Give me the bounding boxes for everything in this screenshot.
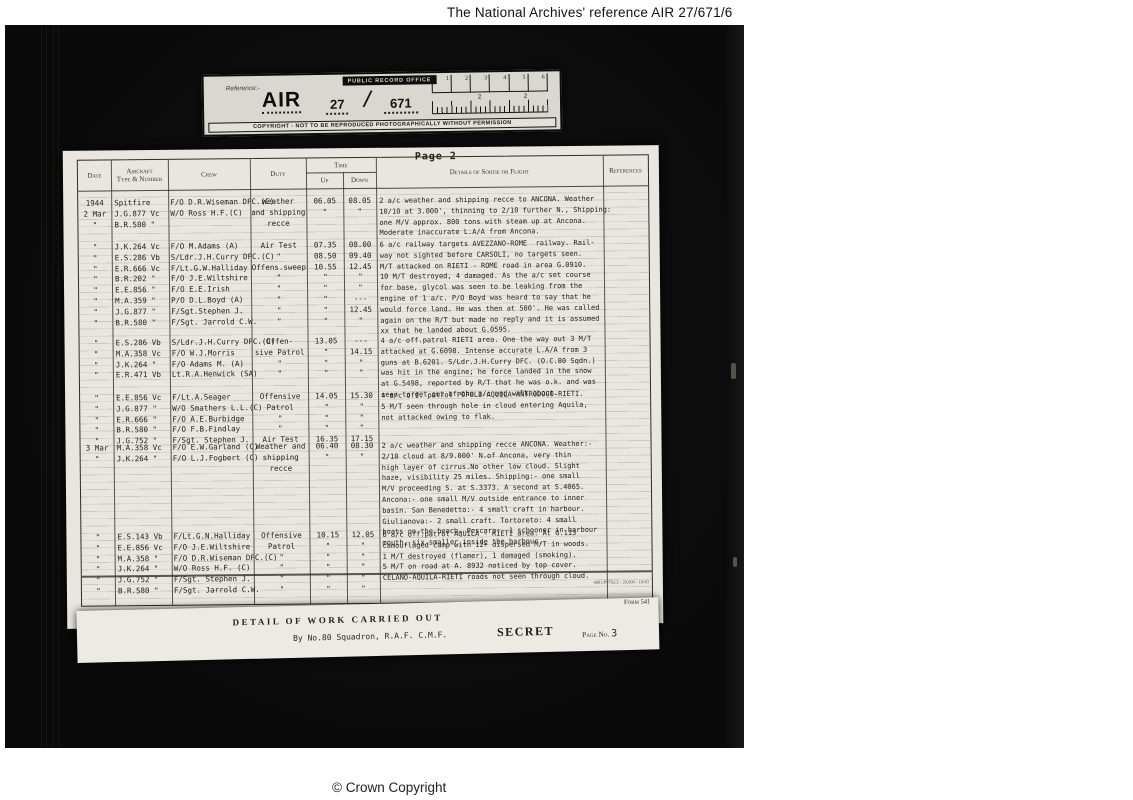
time-up-cell: 07.35 08.50 10.55 " " " " "	[307, 240, 345, 338]
film-scratch-lines	[35, 25, 65, 748]
ruler-number: 2	[452, 75, 471, 93]
header-time: Time	[306, 158, 376, 173]
pro-reference-stamp: Reference:- AIR 27 / 671 PUBLIC RECORD O…	[202, 69, 563, 137]
duty-cell: Offensive Patrol " " Air Test	[252, 392, 309, 447]
sortie-block: " " " " " " E.S.143 Vb E.E.856 Vc M.A.35…	[81, 527, 652, 597]
series-code: AIR	[262, 89, 302, 114]
references-cell	[603, 193, 648, 237]
ruler-number: 6	[528, 73, 547, 91]
crew-cell: F/Lt.A.Seager W/O Smathers L.L.(C) F/O A…	[170, 392, 253, 447]
page-number-value: 3	[611, 628, 617, 639]
aircraft-cell: E.S.143 Vb E.E.856 Vc M.A.358 " J.K.264 …	[114, 532, 172, 597]
ruler-number: 3	[471, 74, 490, 92]
form-541-page: Page 2 Date Aircraft Type & Number Crew …	[63, 145, 664, 629]
ruler-number: 1	[433, 75, 452, 93]
crew-cell: F/O D.R.Wiseman DFC.(C) W/O Ross H.F.(C)	[168, 197, 250, 241]
header-date: Date	[78, 160, 111, 190]
duty-cell: Weather and shipping recce	[250, 197, 306, 241]
ruler-sub-number: 2	[478, 94, 481, 100]
form-number: Form 541	[624, 598, 651, 606]
ruler-ticks: 2 2	[432, 91, 548, 114]
aircraft-cell: Spitfire J.G.877 Vc B.R.580 "	[111, 198, 168, 242]
references-cell	[604, 237, 650, 335]
date-cell: " " " " " "	[81, 532, 115, 597]
header-crew: Crew	[168, 159, 250, 190]
time-down-cell: 15.30 " " " 17.15	[345, 391, 379, 445]
duty-cell: Offensive Patrol " " " "	[253, 531, 310, 596]
time-down-cell: 12.05 " " " " "	[346, 530, 380, 595]
reference-label: Reference:-	[226, 85, 260, 93]
page-number: Page No. 3	[582, 628, 617, 640]
stamp-copyright-line: COPYRIGHT - NOT TO BE REPRODUCED PHOTOGR…	[208, 117, 556, 132]
slash-mark: /	[361, 86, 373, 115]
header-aircraft: Aircraft Type & Number	[111, 160, 168, 191]
scanned-document-page: The National Archives' reference AIR 27/…	[0, 0, 1133, 800]
header-details: Details of Sortie or Flight	[376, 156, 603, 188]
public-record-office-bar: PUBLIC RECORD OFFICE	[343, 75, 437, 85]
printer-code: 4881/P9762/2 - 20,000 - 10/43	[593, 579, 648, 585]
details-cell: 4 a/c off. patrol POPOLI-AQUILA-ANTRODOC…	[378, 389, 606, 445]
film-speck	[733, 557, 737, 567]
page-number-label: Page No.	[582, 629, 611, 639]
date-cell: 1944 2 Mar "	[78, 198, 111, 242]
ruler-number: 5	[509, 74, 528, 92]
time-up-cell: 14.05 " " " 16.35	[308, 391, 346, 445]
aircraft-cell: J.K.264 Vc E.S.286 Vb E.R.666 Vc B.R.202…	[112, 242, 170, 340]
microfilm-photo: Reference:- AIR 27 / 671 PUBLIC RECORD O…	[5, 25, 744, 748]
time-up-cell: 10.15 " " " " "	[309, 530, 347, 595]
ruler-number: 4	[490, 74, 509, 92]
piece-number: 27	[326, 97, 349, 115]
details-cell: 6 a/c railway targets AVEZZANO-ROME rail…	[377, 238, 605, 337]
film-speck	[731, 363, 736, 379]
ruler-sub-number: 2	[524, 94, 527, 100]
crew-cell: F/O M.Adams (A) S/Ldr.J.H.Curry DFC.(C) …	[169, 241, 252, 339]
archive-reference: The National Archives' reference AIR 27/…	[447, 5, 733, 20]
time-down-cell: 08.05 "	[343, 196, 376, 240]
ruler-cells: 1 2 3 4 5 6	[432, 73, 548, 93]
duty-cell: Air Test " Offens.sweep " " " " "	[251, 241, 308, 339]
film-edge-right	[724, 25, 744, 748]
item-number: 671	[384, 95, 418, 114]
sortie-table: Date Aircraft Type & Number Crew Duty Ti…	[77, 154, 653, 606]
header-down: Down	[343, 172, 376, 188]
details-cell: 2 a/c weather and shipping recce to ANCO…	[376, 194, 603, 239]
squadron-by-line: By No.80 Squadron, R.A.F. C.M.F.	[293, 630, 447, 643]
date-cell: " " " " " " " "	[79, 242, 113, 339]
sortie-block: 1944 2 Mar " Spitfire J.G.877 Vc B.R.580…	[78, 193, 648, 242]
time-up-cell: 06.05 "	[306, 196, 343, 240]
header-duty: Duty	[250, 159, 306, 190]
details-cell: 6 a/c off.patrol AQUILA - RIETI area. At…	[379, 528, 607, 595]
sortie-block: " " " " " " " " J.K.264 Vc E.S.286 Vb E.…	[79, 237, 650, 340]
date-cell: " " " " "	[80, 393, 114, 447]
crew-cell: F/Lt.G.N.Halliday F/O J.E.Wiltshire F/O …	[171, 531, 254, 597]
measurement-ruler: 1 2 3 4 5 6 2 2	[432, 73, 549, 119]
header-references: References	[603, 155, 648, 185]
crown-copyright: © Crown Copyright	[332, 780, 446, 795]
references-cell	[605, 388, 651, 442]
secret-classification: SECRET	[497, 624, 554, 640]
aircraft-cell: E.E.856 Vc J.G.877 " E.R.666 " B.R.580 "…	[113, 393, 171, 448]
header-up: Up	[306, 172, 343, 188]
time-down-cell: 08.00 09.40 12.45 " " --- 12.45 "	[344, 240, 378, 337]
